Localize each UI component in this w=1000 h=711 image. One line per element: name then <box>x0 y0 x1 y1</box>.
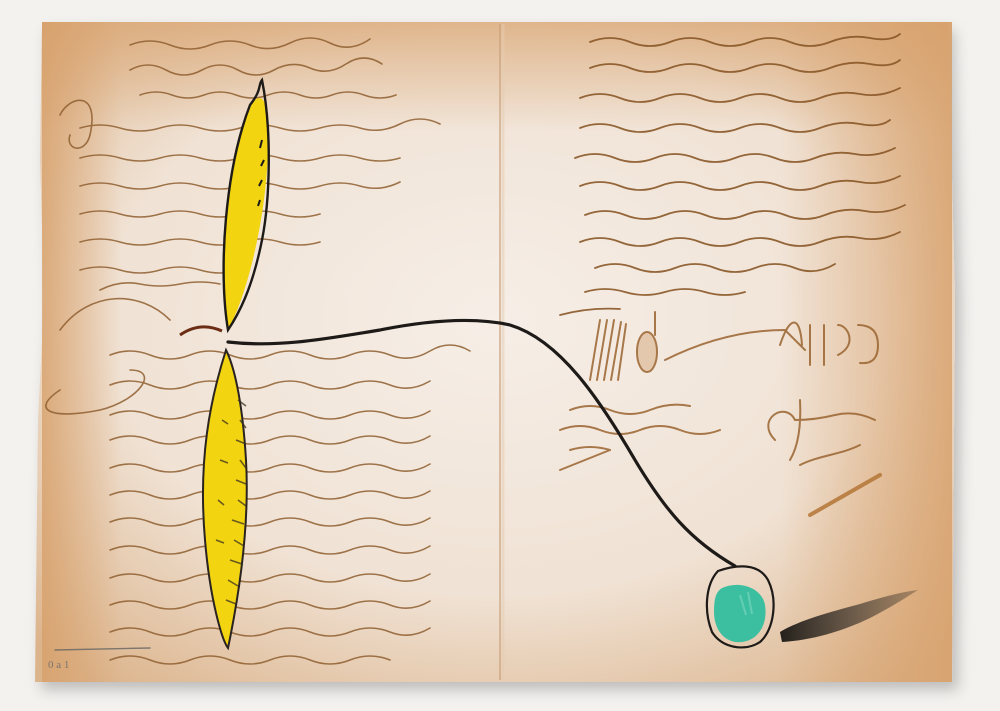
manuscript-sheet <box>35 22 955 682</box>
marginal-note: 0 a 1 <box>48 659 69 671</box>
artwork-canvas: 0 a 1 <box>0 0 1000 711</box>
artwork-stage: 0 a 1 Mixed-media drawing on an antique … <box>0 0 1000 711</box>
